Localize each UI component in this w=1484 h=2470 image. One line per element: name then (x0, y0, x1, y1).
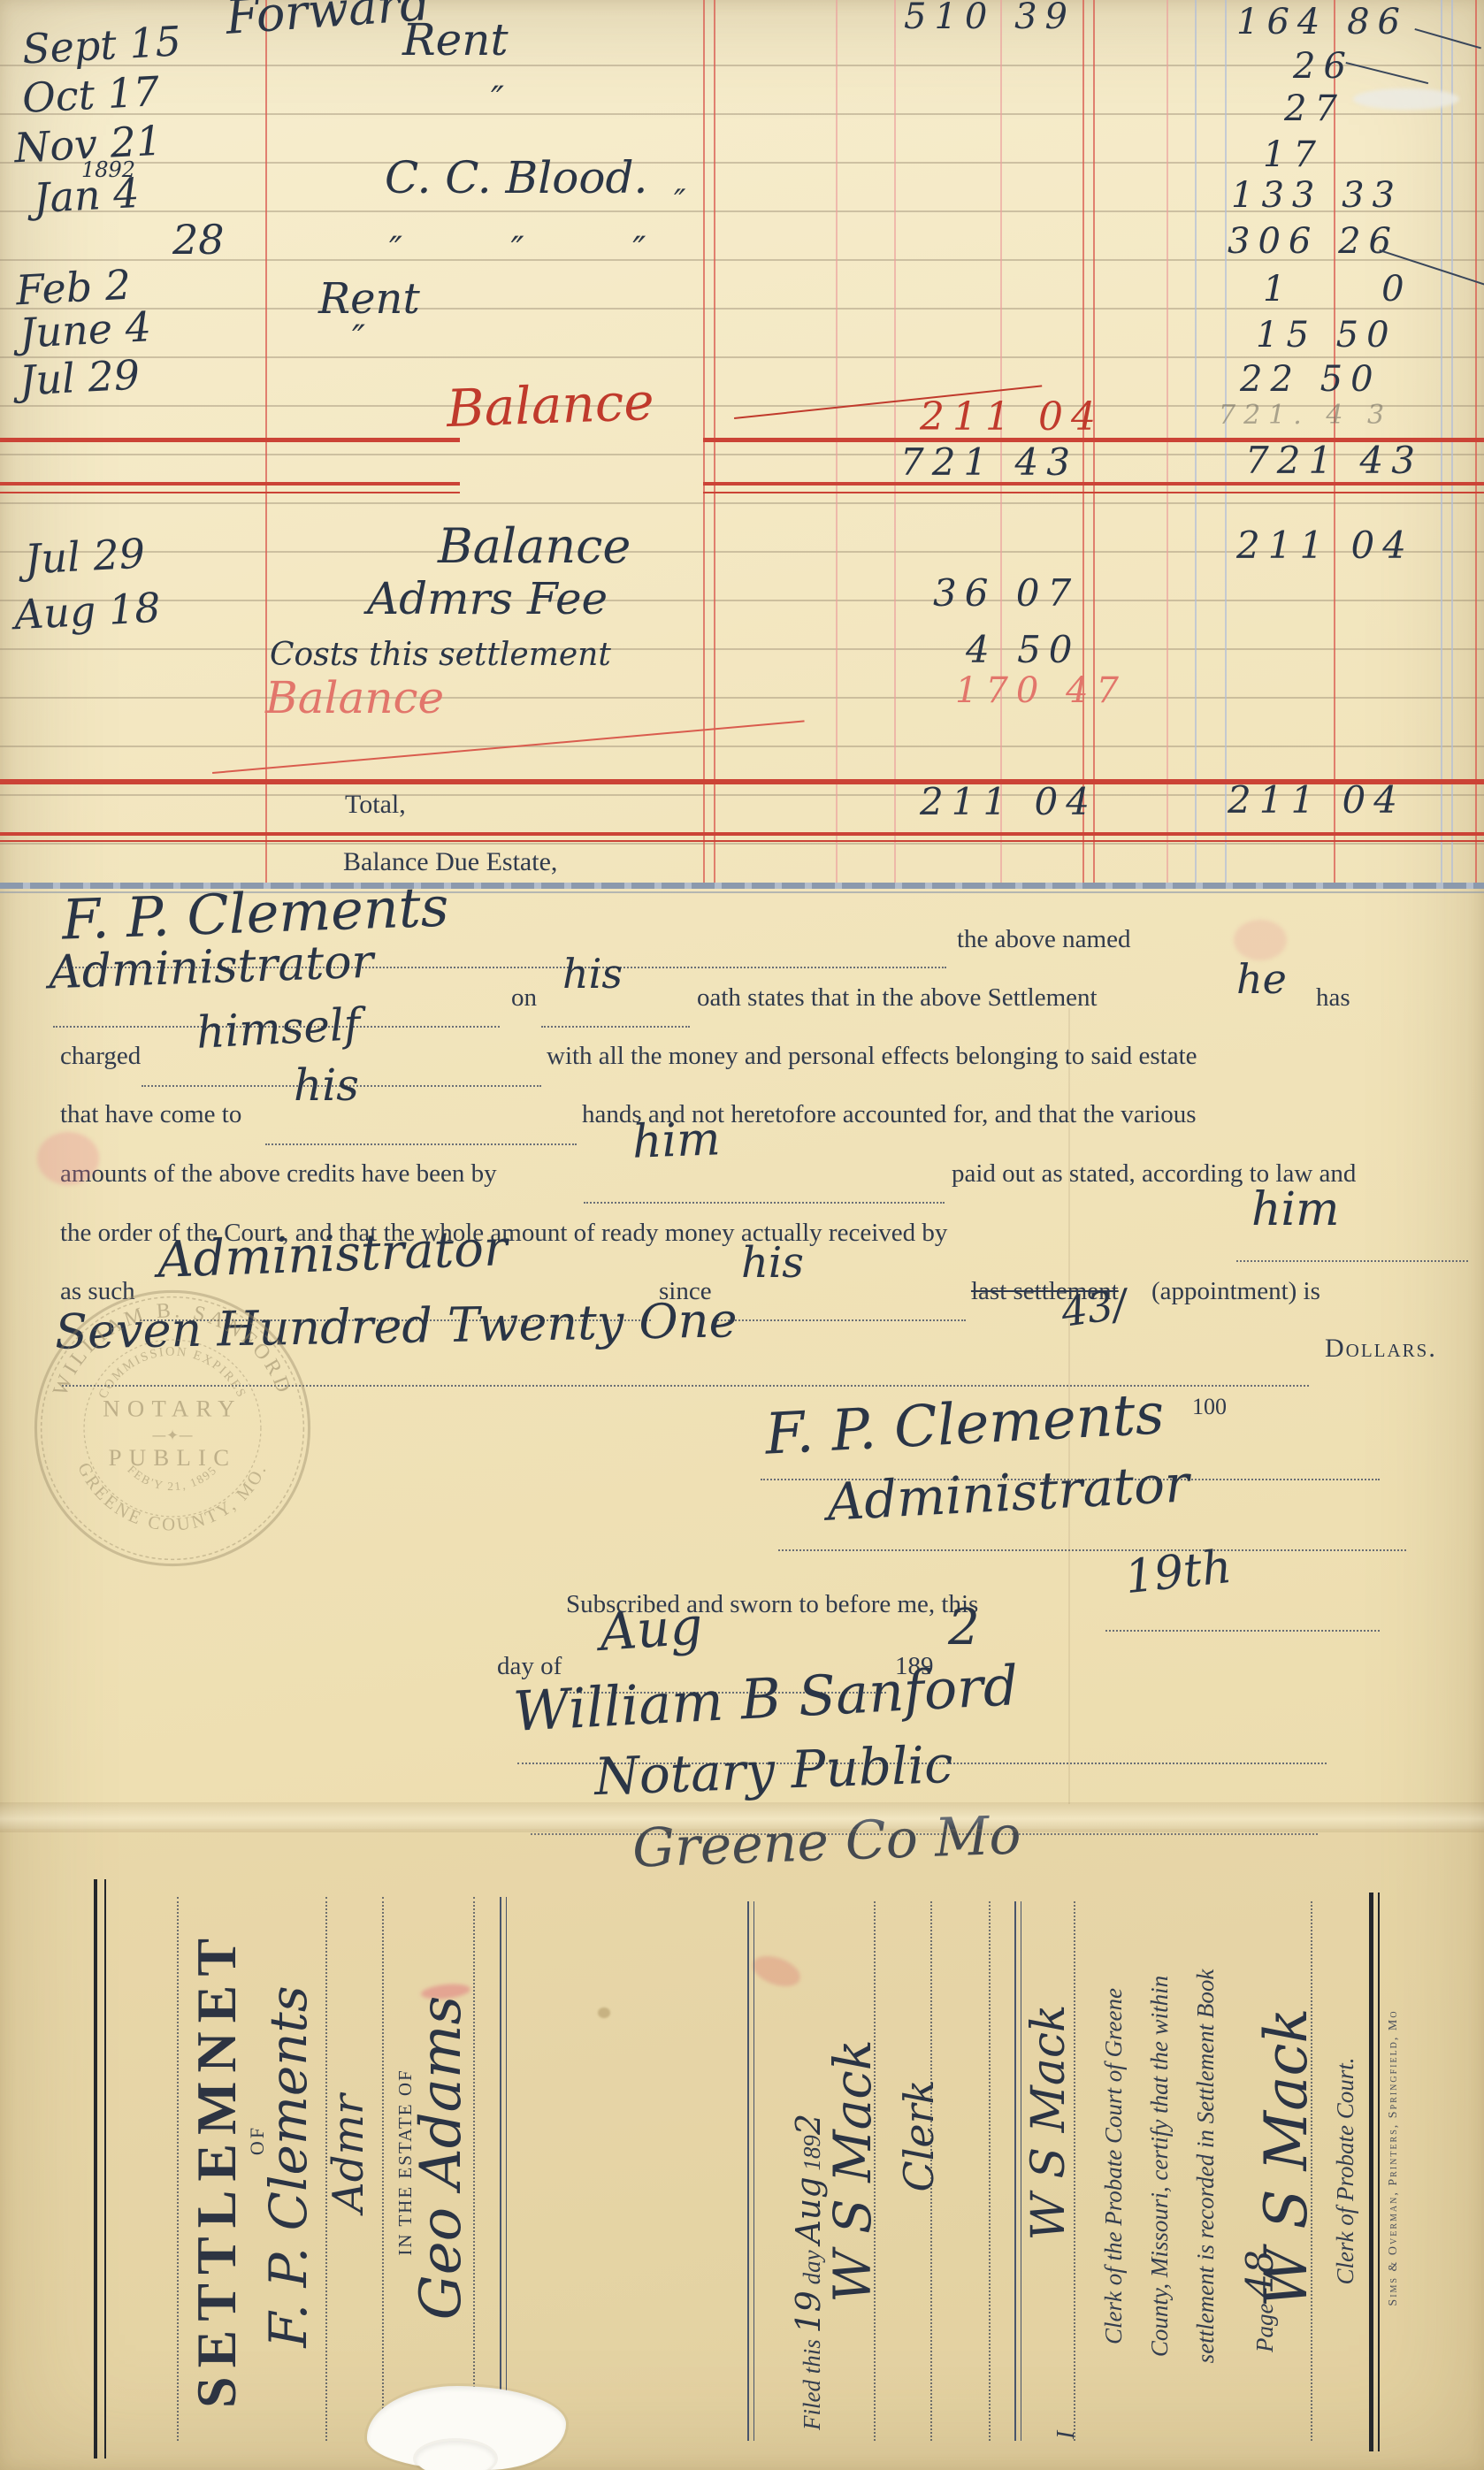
affidavit-his-handwriting: his (294, 1059, 359, 1111)
fold-crease (0, 1802, 1484, 1832)
filed-clerk-title-handwriting: Clerk (895, 1994, 943, 2277)
certificate-clerk-title: Clerk of Probate Court. (1332, 1915, 1359, 2428)
cover-border-rule (1378, 1893, 1380, 2451)
cover-dotted-rule (177, 1897, 179, 2441)
ledger-vline (1451, 0, 1453, 884)
erasure-smudge (1353, 88, 1459, 110)
ledger-desc: Admrs Fee (367, 573, 608, 624)
red-rule (0, 492, 460, 493)
notary-year-handwriting: 2 (948, 1599, 980, 1656)
filed-dotted-rule (989, 1901, 991, 2441)
affidavit-printed: charged (60, 1042, 141, 1071)
ledger-vline (265, 0, 267, 884)
ledger-balance-label-red: Balance (446, 371, 655, 439)
printer-credit: Sims & Overman, Printers, Springfield, M… (1387, 1928, 1401, 2388)
filed-dotted-rule (930, 1901, 932, 2441)
ledger-date: Jul 29 (19, 350, 142, 404)
fill-line (778, 1549, 1406, 1551)
ledger-desc: Rent (318, 274, 420, 324)
seal-center-public: PUBLIC (109, 1444, 237, 1471)
fill-line (715, 1319, 966, 1321)
ledger-date: June 4 (19, 302, 152, 357)
pink-smudge (37, 1132, 99, 1185)
ledger-desc: ″ (352, 318, 365, 359)
red-rule (0, 438, 460, 442)
affidavit-printed: oath states that in the above Settlement (697, 983, 1098, 1013)
filed-day-word: day (799, 2250, 825, 2284)
cover-border-rule (94, 1879, 97, 2459)
affidavit-printed: on (511, 983, 537, 1013)
ledger-credit: 133 33 (1231, 175, 1403, 216)
fill-line (1236, 1260, 1468, 1262)
red-rule (703, 438, 1484, 442)
ledger-vline (1441, 0, 1442, 884)
filed-double-rule (1014, 1901, 1016, 2441)
ledger-date: Oct 17 (21, 67, 161, 122)
svg-text:GREENE COUNTY, MO.: GREENE COUNTY, MO. (73, 1460, 272, 1535)
total-credit: 211 04 (1228, 778, 1405, 822)
ledger-balance-debit-red: 211 04 (920, 394, 1104, 440)
ledger-vline (714, 0, 715, 884)
certificate-dotted-rule (1311, 1901, 1312, 2441)
red-rule (703, 492, 1484, 493)
ledger-credit: 22 50 (1240, 359, 1381, 400)
seal-outer-bottom-text: GREENE COUNTY, MO. (73, 1460, 272, 1535)
cover-border-rule (104, 1879, 106, 2459)
administrator-signature: F. P. Clements (763, 1381, 1166, 1468)
ledger-desc: C. C. Blood. (385, 152, 647, 203)
ledger-debit-red: 170 47 (955, 670, 1127, 711)
certificate-clerk-signature-1: W S Mack (1022, 1901, 1075, 2344)
ledger-credit: 17 (1263, 134, 1324, 175)
ledger-credit: 27 (1284, 88, 1345, 129)
ledger-vline (894, 0, 896, 884)
affidavit-he-handwriting: he (1236, 955, 1287, 1003)
ledger-debit: 4 50 (966, 628, 1081, 671)
administrator-signature-title: Administrator (826, 1453, 1191, 1532)
seal-inner-top-text: COMMISSION EXPIRES (96, 1344, 249, 1401)
total-label: Total, (345, 790, 406, 820)
ledger-total-debit: 721 43 (900, 440, 1078, 484)
fraction-denominator: 100 (1192, 1394, 1227, 1420)
notary-day-handwriting: 19th (1122, 1541, 1234, 1604)
affidavit-his-handwriting: his (741, 1238, 804, 1288)
ledger-desc: Balance (438, 518, 631, 574)
ledger-date: Jul 29 (24, 529, 147, 583)
certificate-line3: settlement is recorded in Settlement Boo… (1192, 1899, 1220, 2434)
red-rule (0, 832, 1484, 836)
ledger-desc: ″ ″ ″ (389, 230, 646, 271)
affidavit-himself-handwriting: himself (195, 998, 362, 1059)
red-rule (0, 482, 460, 486)
seal-center-notary: NOTARY (103, 1396, 241, 1422)
ledger-credit: 306 26 (1228, 221, 1399, 262)
affidavit-him-handwriting: him (1251, 1183, 1339, 1236)
fill-line (584, 1202, 945, 1204)
fill-line (265, 1143, 577, 1145)
ledger-debit-forward: 510 39 (904, 0, 1075, 37)
notary-month-handwriting: Aug (598, 1595, 705, 1663)
ledger-balance-label-red: Balance (265, 672, 444, 723)
affidavit-printed: the above named (957, 925, 1130, 954)
ledger-date: Jan 4 (33, 169, 141, 222)
ledger-vline (1082, 0, 1084, 884)
ledger-credit: 211 04 (1236, 524, 1414, 567)
ledger-vline (703, 0, 705, 884)
red-rule (703, 482, 1484, 486)
ledger-vline (1195, 0, 1197, 884)
balance-due-label: Balance Due Estate, (343, 847, 557, 877)
cover-double-rule (506, 1897, 507, 2441)
ledger-vline (1093, 0, 1095, 884)
fill-line (541, 1026, 690, 1028)
ledger-credit: 26 (1293, 46, 1354, 87)
ledger-vline (836, 0, 838, 884)
ledger-vline (1475, 0, 1477, 884)
certificate-line1: Clerk of the Probate Court of Greene (1100, 1899, 1128, 2434)
ledger-date: Sept 15 (21, 17, 182, 73)
ledger-date: Aug 18 (13, 584, 162, 639)
ledger-pencil-note: 721. 4 3 (1219, 400, 1392, 431)
ledger-credit-forward: 164 86 (1236, 2, 1408, 42)
cover-border-rule (1369, 1893, 1373, 2451)
cover-estate-handwriting: Geo Adams (409, 1879, 474, 2436)
notary-title-handwriting: Notary Public (593, 1734, 954, 1807)
filed-double-rule (747, 1901, 749, 2441)
affidavit-his-handwriting: his (562, 950, 623, 998)
seal-center-star: —✦— (152, 1426, 194, 1443)
pink-smudge (1234, 920, 1287, 960)
ledger-vline (1225, 0, 1227, 884)
ledger-date: 28 (172, 216, 225, 264)
filed-this-label: Filed this (799, 2339, 825, 2430)
dollars-label: Dollars. (1325, 1334, 1437, 1364)
fill-line (1105, 1630, 1380, 1632)
torn-hole (416, 2441, 495, 2470)
certificate-line2: County, Missouri, certify that the withi… (1146, 1899, 1174, 2434)
ledger-desc: Costs this settlement (270, 637, 611, 673)
cover-double-rule (500, 1897, 501, 2441)
svg-text:COMMISSION EXPIRES: COMMISSION EXPIRES (96, 1344, 249, 1401)
document-page: Forward 510 39 164 86 Sept 15 Rent 26 Oc… (0, 0, 1484, 2470)
notary-signature: William B Sanford (511, 1653, 1020, 1744)
red-rule (0, 840, 1484, 842)
filed-year-printed: 189 (799, 2135, 825, 2171)
filed-dotted-rule (874, 1901, 876, 2441)
affidavit-him-handwriting: him (631, 1113, 721, 1168)
ledger-desc: ″ (491, 80, 504, 120)
ledger-debit: 36 07 (933, 571, 1079, 615)
notary-seal: WILLIAM B. SANFORD GREENE COUNTY, MO. CO… (27, 1278, 318, 1579)
paper-crease (1068, 1008, 1070, 1804)
affidavit-printed: amounts of the above credits have been b… (60, 1159, 497, 1189)
ledger-credit: 1 0 (1263, 269, 1447, 310)
affidavit-printed: has (1316, 983, 1350, 1013)
cover-dotted-rule (382, 1897, 384, 2441)
cover-title: SETTLEMNET (184, 1910, 249, 2428)
ledger-credit: 15 50 (1256, 315, 1397, 356)
affidavit-printed: (appointment) is (1151, 1277, 1320, 1306)
affidavit-printed: that have come to (60, 1100, 241, 1129)
ledger-total-credit: 721 43 (1245, 439, 1423, 482)
ledger-vline (1167, 0, 1168, 884)
filed-double-rule (753, 1901, 754, 2441)
affidavit-role-handwriting: Administrator (48, 936, 374, 1000)
cover-party-handwriting: F. P. Clements (258, 1928, 318, 2405)
ledger-desc: Rent (402, 14, 509, 65)
affidavit-printed: with all the money and personal effects … (547, 1042, 1197, 1071)
total-debit: 211 04 (920, 780, 1098, 823)
ledger-ditto: ″ (674, 184, 685, 220)
filed-double-rule (1021, 1901, 1021, 2441)
cover-party-role-handwriting: Admr (324, 2007, 373, 2299)
